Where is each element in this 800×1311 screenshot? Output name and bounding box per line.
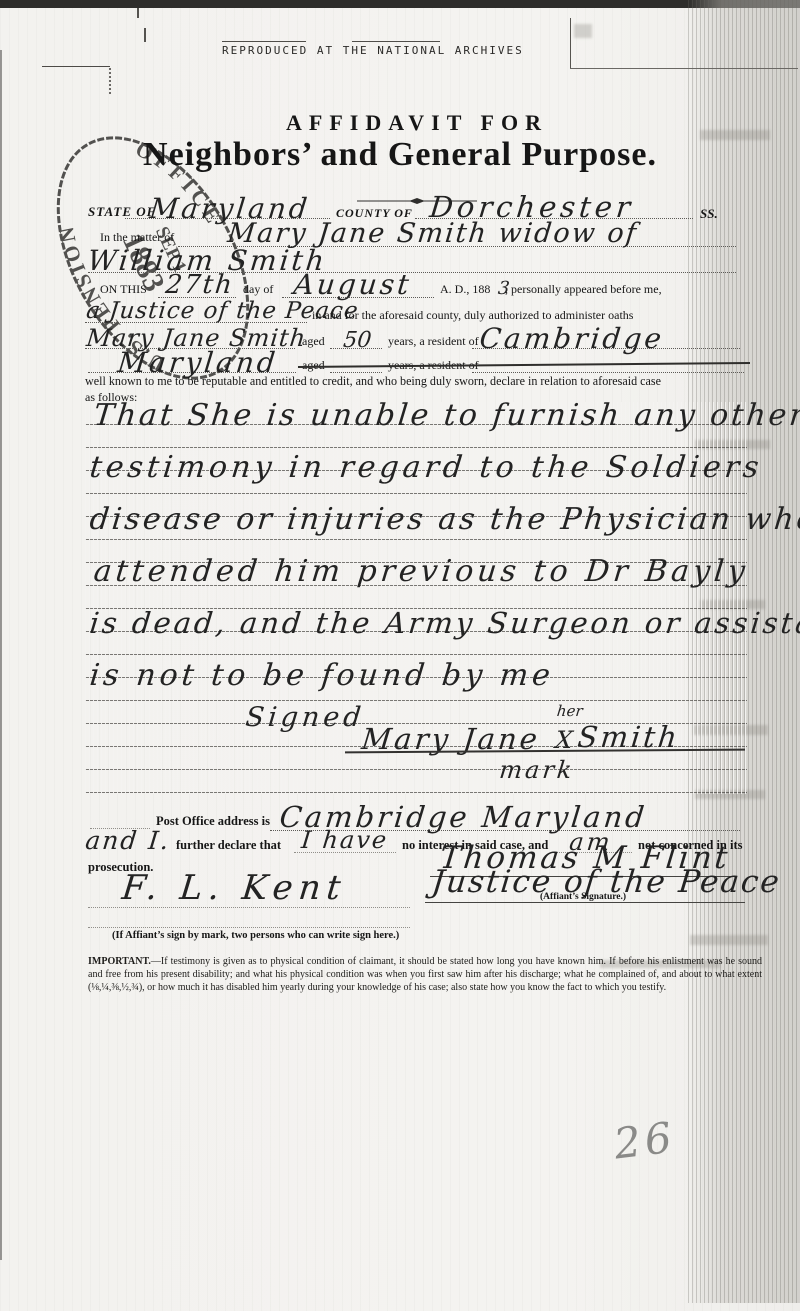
scan-mark-tick [137,8,139,18]
witness-signature: F. L. Kent [120,868,348,908]
po-label: Post Office address is [156,814,270,829]
scan-edge-bottom [0,0,800,8]
matter-label: In the matter of [100,230,174,245]
scan-mark-topright-smudge [574,24,592,38]
resident-label: years, a resident of [388,334,479,349]
affidavit-title: AFFIDAVIT FOR [35,110,799,136]
authorized-label: in and for the aforesaid county, duly au… [312,308,633,323]
appeared-label: , personally appeared before me, [505,282,662,297]
important-text: —If testimony is given as to physical co… [88,956,762,993]
aged-label: aged [302,334,325,349]
witness-signature-line-2 [88,927,410,928]
struck-residence-blank [472,372,744,373]
scan-mark-topright-vline [570,18,571,68]
testimony-line: is not to be found by me [88,658,556,693]
affiants-signature-label: (Affiant’s Signature.) [540,892,626,902]
scan-mark-topleft-dash [109,68,112,94]
i-have-underline [294,852,396,853]
testimony-line: is dead, and the Army Surgeon or assista… [88,606,800,640]
declare-label: further declare that [176,838,281,853]
archive-header: REPRODUCED AT THE NATIONAL ARCHIVES [222,44,524,57]
affidavit-subtitle: Neighbors’ and General Purpose. [0,136,800,174]
age-value: 50 [342,328,373,353]
important-note: IMPORTANT.—If testimony is given as to p… [88,955,762,994]
her-word: her [556,702,584,720]
important-label: IMPORTANT. [88,956,151,967]
ss-label: SS. [700,206,718,222]
mark-note-label: (If Affiant’s sign by mark, two persons … [112,930,399,941]
bleedthrough-smudge [690,935,768,945]
scan-mark-topright-hline [570,68,798,69]
justice-title-underline [425,902,745,903]
day-of-label: day of [243,282,273,297]
archive-header-overline [352,41,440,42]
testimony-line: attended him previous to Dr Bayly [92,554,751,589]
signed-word: Signed [244,702,366,733]
scan-mark-topleft-line [42,66,110,67]
i-have-value: I have [300,826,390,854]
day-value: 27th [164,270,235,300]
page-number: 26 [611,1112,678,1168]
strikethrough-line [298,362,750,368]
struck-age-blank [330,372,382,373]
ad-label: A. D., 188 [440,282,490,297]
residence-value: Cambridge [478,322,666,355]
scanned-affidavit-document: REPRODUCED AT THE NATIONAL ARCHIVES U.S.… [0,0,800,1311]
testimony-line: That She is unable to furnish any other [92,398,800,433]
scan-edge-left [0,50,2,1260]
and-i-value: and I. [84,826,172,855]
on-this-label: ON THIS [100,282,147,297]
mark-word: mark [498,756,576,784]
testimony-line: disease or injuries as the Physician who [88,502,800,537]
scan-mark-tick [144,28,146,42]
known-label: well known to me to be reputable and ent… [85,374,661,389]
archive-header-overline [222,41,306,42]
month-value: August [292,268,413,301]
testimony-line: testimony in regard to the Soldiers [88,450,764,485]
witness-signature-line [88,907,410,908]
